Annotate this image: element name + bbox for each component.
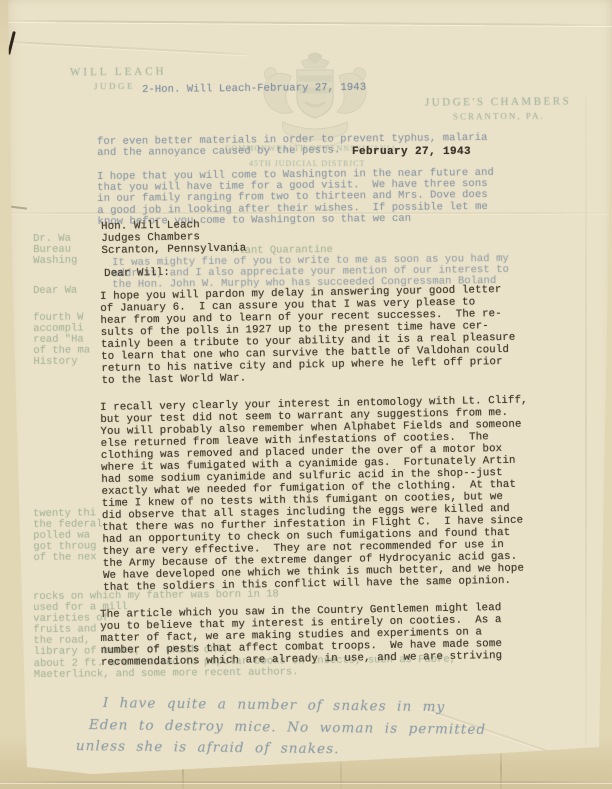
- scanned-letter-page: WILL LEACH JUDGE JUDGE'S CHAMBERS SCRANT…: [0, 0, 612, 789]
- recipient-address: Hon. Will Leach Judges Chambers Scranton…: [101, 218, 246, 257]
- fold-crease: [0, 20, 612, 26]
- body-paragraph-3: The article which you saw in the Country…: [100, 602, 502, 669]
- body-paragraph-1: I hope you will pardon my delay in answe…: [100, 284, 516, 387]
- fold-crease: [0, 40, 250, 55]
- salutation: Dear Will:: [104, 267, 170, 280]
- handwritten-note-line2: Eden to destroy mice. No woman is permit…: [89, 717, 486, 738]
- backing-edge-line: [0, 781, 612, 783]
- letterhead-office-location: SCRANTON, PA.: [453, 111, 545, 122]
- letter-date: February 27, 1943: [352, 146, 471, 158]
- edge-shadow: [585, 95, 587, 745]
- bleedthrough-page2-header: 2-Hon. Will Leach-February 27, 1943: [142, 83, 366, 97]
- letterhead-sender-name: WILL LEACH: [70, 66, 167, 79]
- letterhead-sender-title: JUDGE: [94, 81, 135, 91]
- handwritten-note-line3: unless she is afraid of snakes.: [76, 738, 340, 757]
- ghost-fragment-left-top: Dr. Wa Bureau Washing: [33, 234, 77, 268]
- letterhead-office: JUDGE'S CHAMBERS: [425, 95, 571, 108]
- body-paragraph-2: I recall very clearly your interest in e…: [100, 395, 531, 594]
- ghost-fragment-left-low: twenty thi the federal polled wa got thr…: [33, 508, 103, 564]
- ghost-fragment-dear: Dear Wa: [33, 286, 77, 298]
- pennsylvania-seal-icon: [253, 50, 377, 182]
- bleedthrough-paragraph-b: I hope that you will come to Washington …: [97, 168, 494, 228]
- ghost-fragment-plant-quarantine: Plant Quarantine: [232, 245, 333, 257]
- letter-sheet: WILL LEACH JUDGE JUDGE'S CHAMBERS SCRANT…: [0, 0, 612, 789]
- handwritten-note-line1: I have quite a number of snakes in my: [103, 695, 446, 715]
- ghost-fragment-left-mid: fourth W accompli read "Ha of the ma His…: [33, 312, 90, 368]
